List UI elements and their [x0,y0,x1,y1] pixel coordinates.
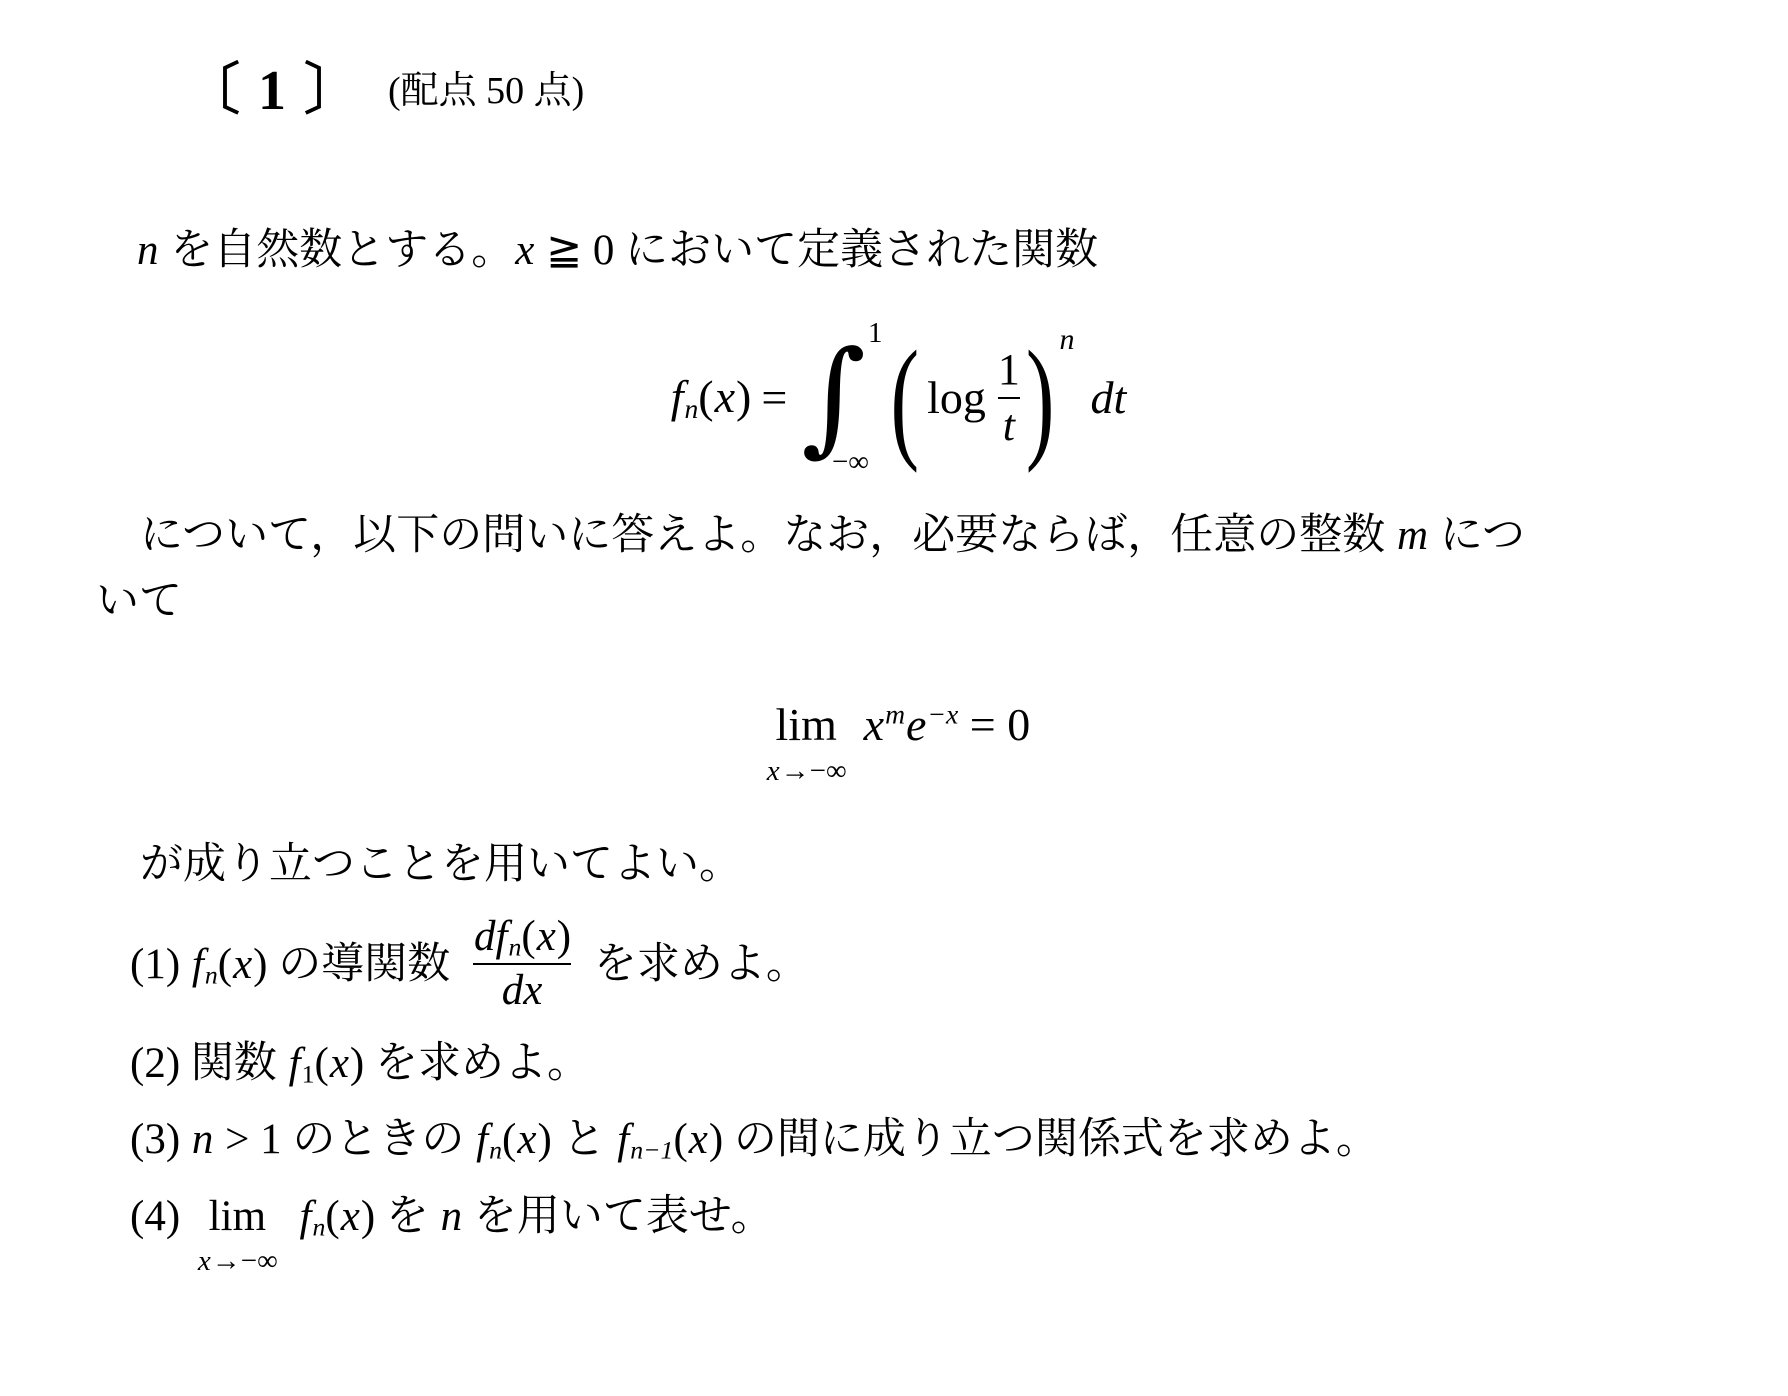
text-segment: f [289,1040,301,1087]
lim-operator: lim x→−∞ [766,702,847,786]
text-segment: n [313,1213,326,1242]
text-segment: について，以下の問いに答えよ。なお，必要ならば，任意の整数 [140,512,1396,559]
derivative-fraction: dfn(x) dx [473,911,571,1017]
integral-lower-limit: −∞ [832,448,869,477]
text-segment: x [233,941,252,988]
text-segment: ) [557,913,571,960]
text-segment: ) と [537,1116,616,1163]
question-4-lim-label: lim [209,1195,266,1238]
fraction-numerator: 1 [998,343,1020,397]
text-segment: ≧ 0 において定義された関数 [535,227,1098,274]
integral: ∫ 1 −∞ [801,319,882,477]
intro-paragraph: n を自然数とする。x ≧ 0 において定義された関数 [96,218,1700,285]
text-segment: f [192,941,204,988]
use-paragraph: が成り立つことを用いてよい。 [96,832,1700,899]
question-4-lim-under: x→−∞ [197,1247,278,1276]
text-segment: x [515,227,534,274]
page-content: 〔 1 〕 (配点 50 点) n を自然数とする。x ≧ 0 において定義され… [0,0,1788,1276]
question-3: (3) n > 1 のときの fn(x) と fn−1(x) の間に成り立つ関係… [130,1107,1700,1174]
text-segment: e [906,699,926,750]
text-segment: →−∞ [212,1245,278,1277]
text-segment: x [341,1193,360,1240]
points-label: (配点 50 点) [388,59,584,114]
text-segment: x [689,1116,708,1163]
lim-under: x→−∞ [766,757,847,786]
text-segment: ( [315,1040,329,1087]
formula-lhs: fn(x) [670,370,752,425]
text-segment: f [300,1193,312,1240]
text-segment: ) の導関数 [253,941,450,988]
text-segment: x [330,1040,349,1087]
text-segment: x [715,371,735,422]
text-segment: x [198,1245,211,1277]
text-segment: n [508,932,521,961]
question-4: (4) lim x→−∞ fn(x) を n を用いて表せ。 [130,1184,1700,1276]
text-segment: を用いて表せ。 [463,1193,773,1240]
text-segment: ( [218,941,232,988]
formula-fn-definition: fn(x) = ∫ 1 −∞ ( log 1 t ) n dt [96,319,1700,477]
text-segment: ) を求めよ。 [350,1040,590,1087]
text-segment: ) の間に成り立つ関係式を求めよ。 [709,1116,1379,1163]
text-segment: を自然数とする。 [160,227,515,274]
text-segment: > 1 のときの [214,1116,475,1163]
text-segment: につ [1429,512,1525,559]
exam-page: { "colors": { "background": "#ffffff", "… [0,0,1788,1396]
text-segment: x [767,755,780,787]
text-segment: (2) 関数 [130,1040,288,1087]
text-segment: ( [325,1193,339,1240]
question-1: (1) fn(x) の導関数 dfn(x) dx を求めよ。 [130,915,1700,1021]
fraction-denominator: t [998,397,1020,453]
text-segment: ) を [361,1193,440,1240]
text-segment: f [617,1116,629,1163]
derivative-numerator: dfn(x) [473,911,571,964]
differential-dt: dt [1091,371,1127,424]
text-segment: n [441,1193,463,1240]
text-segment: を求めよ。 [594,941,809,988]
question-4-lim-operator: lim x→−∞ [197,1195,278,1276]
text-segment: dx [502,967,543,1014]
text-segment: m [885,698,905,729]
derivative-denominator: dx [473,963,571,1017]
text-segment: x [864,699,884,750]
problem-number: 〔 1 〕 [184,46,362,126]
text-segment: ( [673,1116,687,1163]
text-segment: (1) [130,941,191,988]
question-4-post: fn(x) を n を用いて表せ。 [299,1193,774,1240]
equals-sign: = [761,371,787,424]
fraction-one-over-t: 1 t [998,343,1020,452]
integral-upper-limit: 1 [868,319,883,348]
text-segment: n [205,960,218,989]
integral-sign: ∫ [801,339,866,457]
text-segment: m [1397,512,1428,559]
text-segment: f [671,371,684,422]
problem-header: 〔 1 〕 (配点 50 点) [184,46,1700,126]
text-segment: n [489,1136,502,1165]
text-segment: →−∞ [781,755,847,787]
question-4-prefix: (4) [130,1193,180,1240]
close-paren: ) [1026,330,1055,466]
text-segment: ( [521,913,535,960]
follow-paragraph-line2: いて [96,569,1700,636]
text-segment: 1 [302,1059,315,1088]
integral-limits: 1 −∞ [866,319,883,477]
text-segment: df [474,913,507,960]
text-segment: ) [736,371,751,422]
text-segment: ( [698,371,713,422]
text-segment: ( [502,1116,516,1163]
question-1-pre: (1) fn(x) の導関数 [130,941,450,988]
lim-label: lim [776,702,837,748]
log-label: log [927,371,986,424]
text-segment: n [137,227,159,274]
follow-paragraph-line1: について，以下の問いに答えよ。なお，必要ならば，任意の整数 m につ [96,503,1700,570]
text-segment: −x [927,698,958,729]
lim-body: xme−x = 0 [863,698,1031,751]
text-segment: x [517,1116,536,1163]
question-1-post: を求めよ。 [594,941,809,988]
open-paren: ( [890,330,919,466]
text-segment: = 0 [958,699,1030,750]
text-segment: f [476,1116,488,1163]
text-segment: x [537,913,556,960]
formula-limit-hint: lim x→−∞ xme−x = 0 [96,698,1700,786]
text-segment: (3) [130,1116,191,1163]
text-segment: n [192,1116,214,1163]
text-segment: n [685,393,699,424]
question-list: (1) fn(x) の導関数 dfn(x) dx を求めよ。 (2) 関数 f1… [96,915,1700,1277]
text-segment: n−1 [630,1136,673,1165]
question-2: (2) 関数 f1(x) を求めよ。 [130,1031,1700,1098]
paren-exponent: n [1060,323,1075,357]
